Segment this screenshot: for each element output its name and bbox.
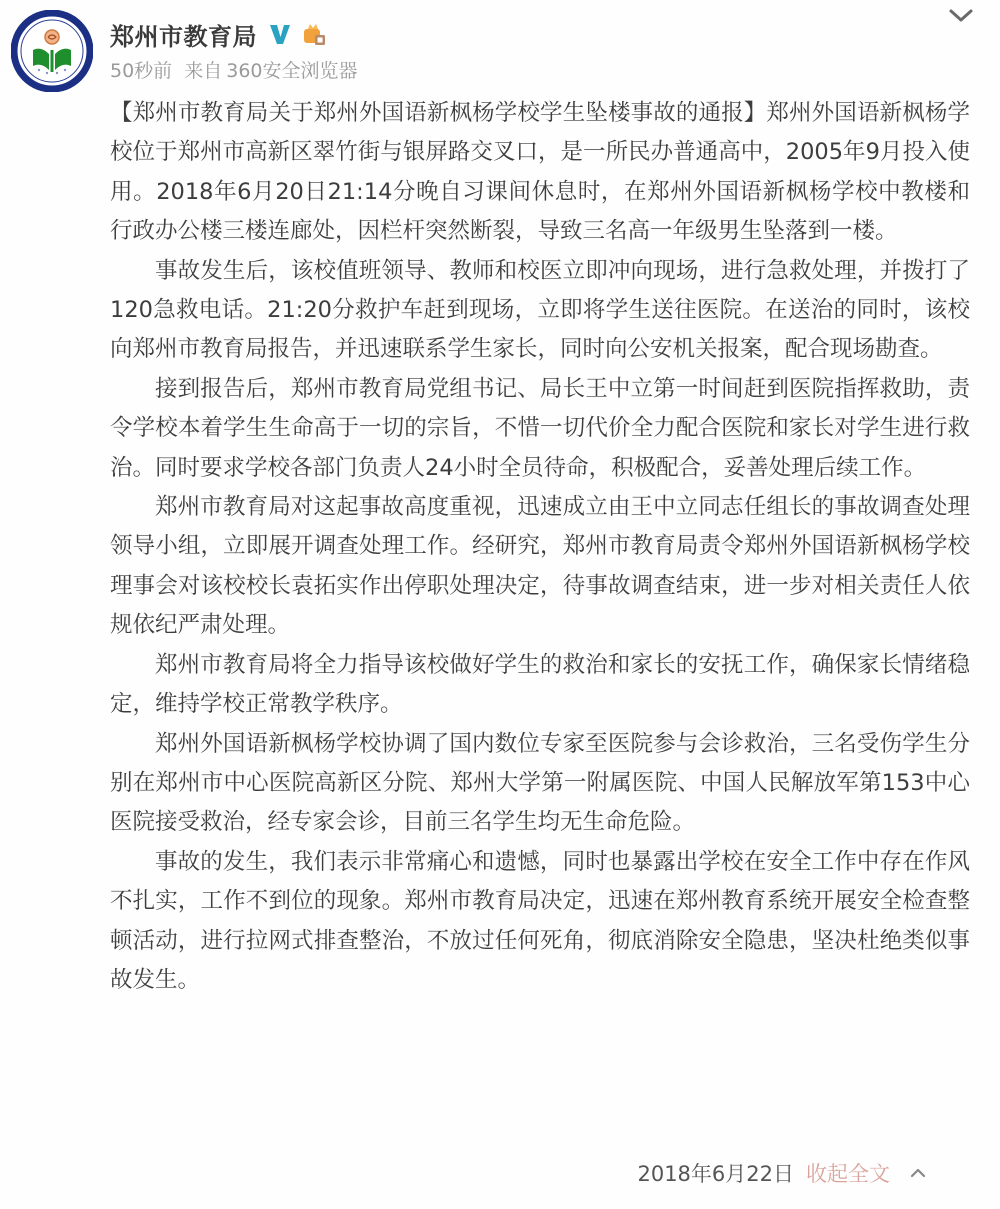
paragraph: 郑州市教育局将全力指导该校做好学生的救治和家长的安抚工作，确保家长情绪稳定，维持… <box>110 646 970 725</box>
avatar[interactable] <box>11 10 93 92</box>
paragraph: 【郑州市教育局关于郑州外国语新枫杨学校学生坠楼事故的通报】郑州外国语新枫杨学校位… <box>110 94 970 252</box>
post-footer: 2018年6月22日 收起全文 <box>637 1158 928 1188</box>
chevron-up-icon[interactable] <box>908 1165 928 1181</box>
weibo-post: 郑州市教育局 50秒前 来自360安全浏览器 【郑州市教育局关于郑州外国语新枫杨… <box>0 0 1000 1209</box>
member-badge-icon <box>301 21 327 47</box>
post-date: 2018年6月22日 <box>637 1158 794 1188</box>
post-time[interactable]: 50秒前 <box>110 60 172 82</box>
verified-v-icon <box>267 21 293 47</box>
post-content: 【郑州市教育局关于郑州外国语新枫杨学校学生坠楼事故的通报】郑州外国语新枫杨学校位… <box>110 94 970 1000</box>
author-name[interactable]: 郑州市教育局 <box>110 17 257 52</box>
paragraph: 事故的发生，我们表示非常痛心和遗憾，同时也暴露出学校在安全工作中存在作风不扎实，… <box>110 843 970 1001</box>
education-bureau-logo-icon <box>11 10 93 92</box>
post-source[interactable]: 360安全浏览器 <box>226 60 357 82</box>
chevron-down-icon[interactable] <box>946 4 976 28</box>
paragraph: 郑州市教育局对这起事故高度重视，迅速成立由王中立同志任组长的事故调查处理领导小组… <box>110 488 970 646</box>
post-meta: 50秒前 来自360安全浏览器 <box>110 56 358 83</box>
author-row: 郑州市教育局 <box>110 14 327 54</box>
paragraph: 接到报告后，郑州市教育局党组书记、局长王中立第一时间赶到医院指挥救助，责令学校本… <box>110 370 970 488</box>
source-prefix: 来自 <box>184 60 222 82</box>
paragraph: 事故发生后，该校值班领导、教师和校医立即冲向现场，进行急救处理，并拨打了120急… <box>110 252 970 370</box>
collapse-full-text-link[interactable]: 收起全文 <box>806 1158 890 1188</box>
paragraph: 郑州外国语新枫杨学校协调了国内数位专家至医院参与会诊救治，三名受伤学生分别在郑州… <box>110 725 970 843</box>
